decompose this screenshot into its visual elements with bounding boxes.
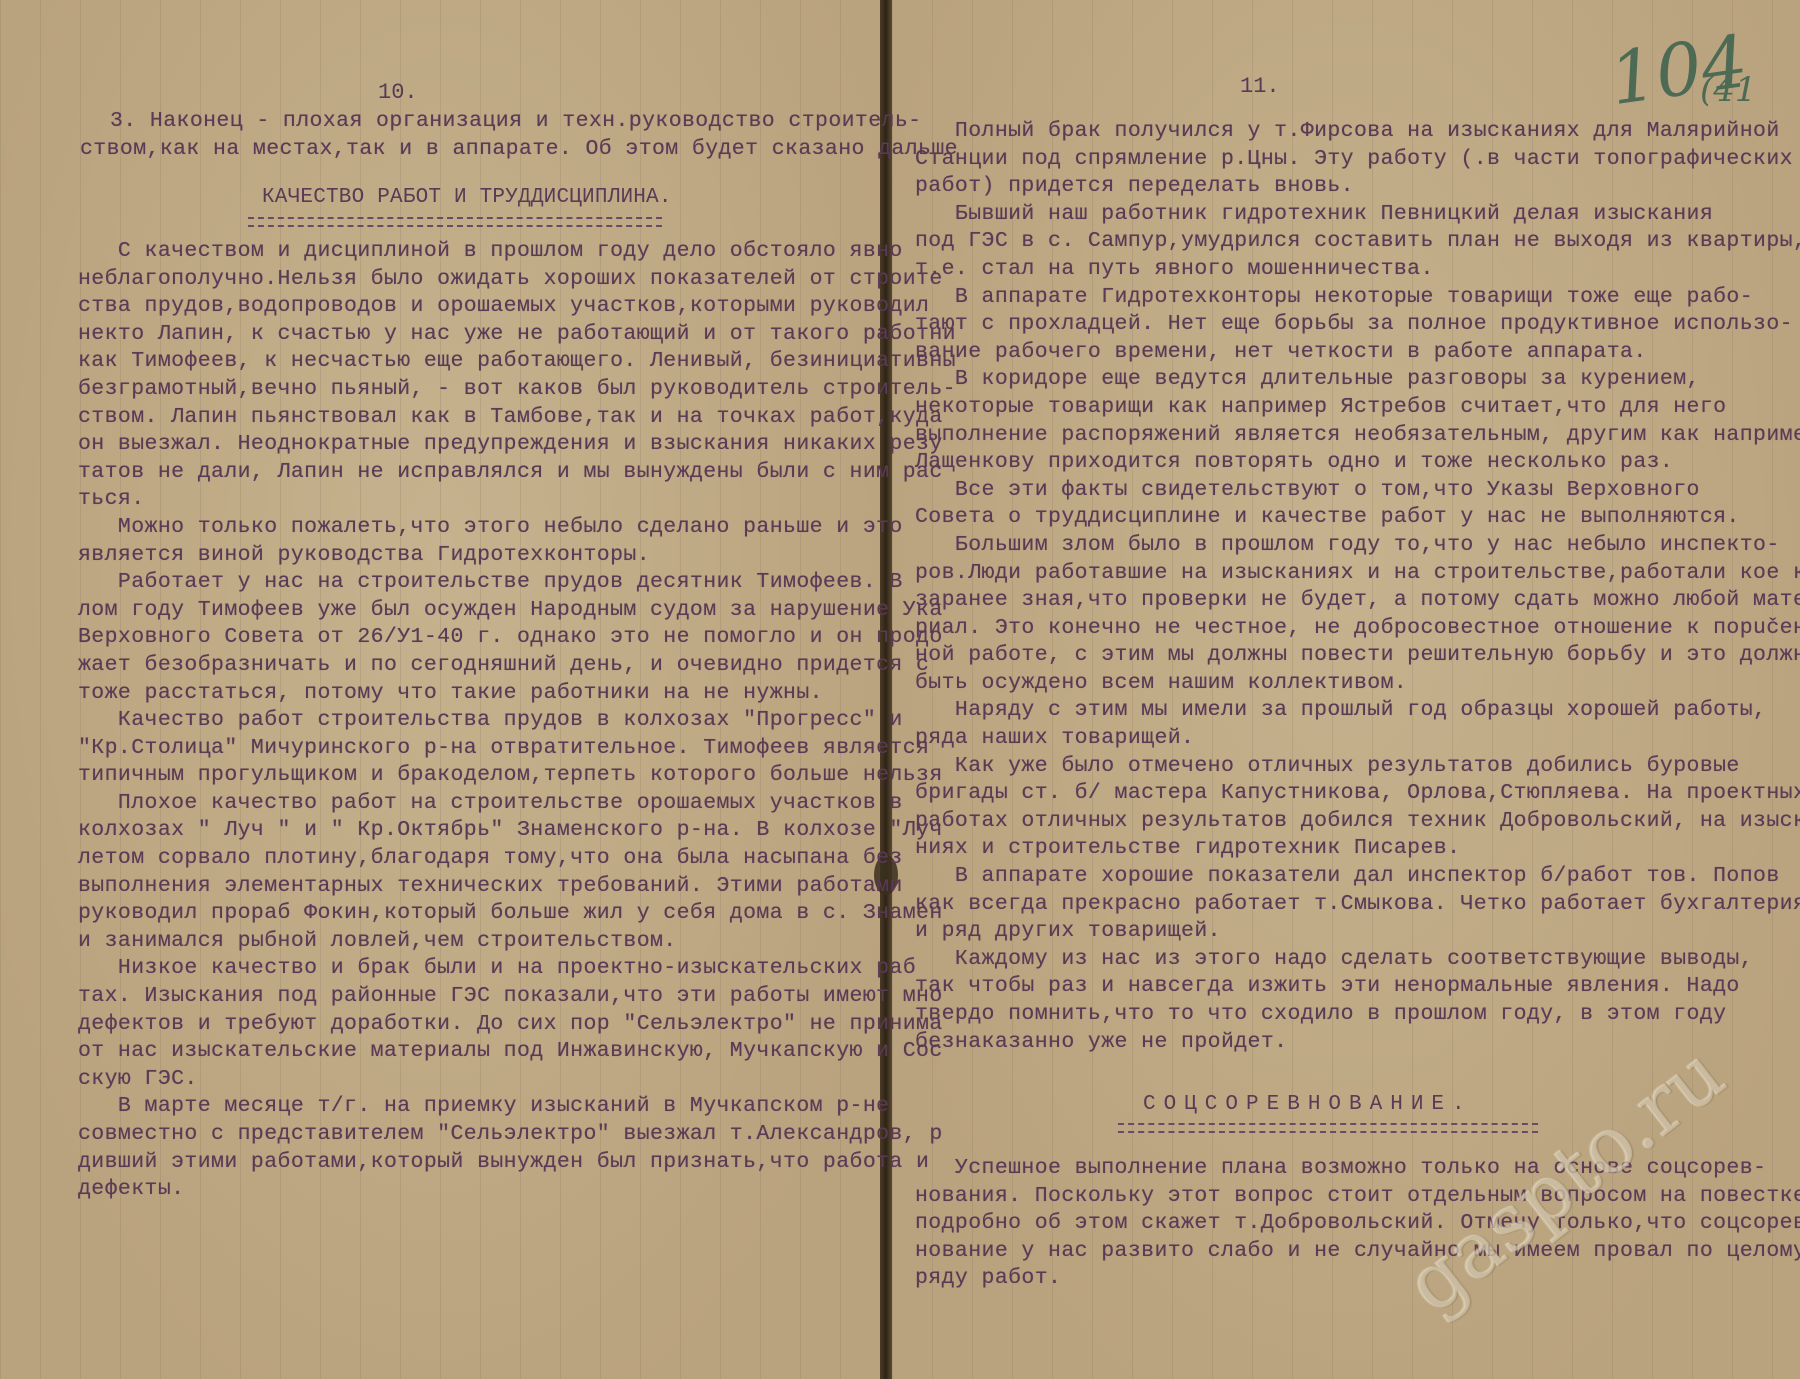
text-line: ниях и строительстве гидротехник Писарев…	[915, 835, 1800, 863]
text-line: он выезжал. Неоднократные предупреждения…	[78, 431, 956, 459]
text-line: ряда наших товарищей.	[915, 725, 1800, 753]
text-line: дефекты.	[78, 1176, 956, 1204]
text-line: вание рабочего времени, нет четкости в р…	[915, 339, 1800, 367]
text-line: скую ГЭС.	[78, 1066, 956, 1094]
text-line: как Тимофеев, к несчастью еще работающег…	[78, 348, 956, 376]
text-line: ства прудов,водопроводов и орошаемых уча…	[78, 293, 956, 321]
text-line: неблагополучно.Нельзя было ожидать хорош…	[78, 266, 956, 294]
text-line: колхозах " Луч " и " Кр.Октябрь" Знаменс…	[78, 817, 956, 845]
text-line: Все эти факты свидетельствуют о том,что …	[915, 477, 1800, 505]
text-line: бригады ст. б/ мастера Капустникова, Орл…	[915, 780, 1800, 808]
page-number-right: 11.	[1240, 74, 1280, 99]
text-line: безграмотный,вечно пьяный, - вот каков б…	[78, 376, 956, 404]
text-line: некто Лапин, к счастью у нас уже не рабо…	[78, 321, 956, 349]
text-line: руководил прораб Фокин,который больше жи…	[78, 900, 956, 928]
text-line: летом сорвало плотину,благодаря тому,что…	[78, 845, 956, 873]
text-line: Совета о труддисциплине и качестве работ…	[915, 504, 1800, 532]
text-line: некоторые товарищи как например Ястребов…	[915, 394, 1800, 422]
section-heading-competition: СОЦСОРЕВНОВАНИЕ.	[1143, 1093, 1473, 1116]
text-line: Качество работ строительства прудов в ко…	[78, 707, 956, 735]
text-line: Успешное выполнение плана возможно тольк…	[915, 1155, 1800, 1183]
text-line: В марте месяце т/г. на приемку изысканий…	[78, 1093, 956, 1121]
left-body-text: С качеством и дисциплиной в прошлом году…	[78, 238, 956, 1204]
left-intro-paragraph: 3. Наконец - плохая организация и техн.р…	[110, 108, 958, 163]
text-line: тах. Изыскания под районные ГЭС показали…	[78, 983, 956, 1011]
text-line: ться.	[78, 486, 956, 514]
text-line: как всегда прекрасно работает т.Смыкова.…	[915, 891, 1800, 919]
text-line: дефектов и требуют доработки. До сих пор…	[78, 1011, 956, 1039]
text-line: типичным прогульщиком и бракоделом,терпе…	[78, 762, 956, 790]
text-line: "Кр.Столица" Мичуринского р-на отвратите…	[78, 735, 956, 763]
text-line: Верховного Совета от 26/У1-40 г. однако …	[78, 624, 956, 652]
text-line: Низкое качество и брак были и на проектн…	[78, 955, 956, 983]
page-number-left: 10.	[378, 80, 418, 105]
text-line: жает безобразничать и по сегодняшний ден…	[78, 652, 956, 680]
text-line: дивший этими работами,который вынужден б…	[78, 1149, 956, 1177]
text-line: нование у нас развито слабо и не случайн…	[915, 1238, 1800, 1266]
text-line: под ГЭС в с. Сампур,умудрился составить …	[915, 228, 1800, 256]
text-line: работах отличных результатов добился тех…	[915, 808, 1800, 836]
text-line: подробно об этом скажет т.Добровольский.…	[915, 1210, 1800, 1238]
text-line: ров.Люди работавшие на изысканиях и на с…	[915, 560, 1800, 588]
text-line: совместно с представителем "Сельэлектро"…	[78, 1121, 956, 1149]
text-line: заранее зная,что проверки не будет, а по…	[915, 587, 1800, 615]
text-line: твердо помнить,что то что сходило в прош…	[915, 1001, 1800, 1029]
text-line: Работает у нас на строительстве прудов д…	[78, 569, 956, 597]
text-line: ством,как на местах,так и в аппарате. Об…	[80, 136, 958, 164]
text-line: Большим злом было в прошлом году то,что …	[915, 532, 1800, 560]
text-line: Можно только пожалеть,что этого небыло с…	[78, 514, 956, 542]
text-line: В аппарате Гидротехконторы некоторые тов…	[915, 284, 1800, 312]
text-line: ством. Лапин пьянствовал как в Тамбове,т…	[78, 404, 956, 432]
text-line: т.е. стал на путь явного мошенничества.	[915, 256, 1800, 284]
text-line: тоже расстаться, потому что такие работн…	[78, 680, 956, 708]
text-line: и занимался рыбной ловлей,чем строительс…	[78, 928, 956, 956]
text-line: ной работе, с этим мы должны повести реш…	[915, 642, 1800, 670]
text-line: быть осуждено всем нашим коллективом.	[915, 670, 1800, 698]
text-line: выполнения элементарных технических треб…	[78, 873, 956, 901]
right-body-text: Полный брак получился у т.Фирсова на изы…	[915, 118, 1800, 1056]
text-line: Как уже было отмечено отличных результат…	[915, 753, 1800, 781]
text-line: С качеством и дисциплиной в прошлом году…	[78, 238, 956, 266]
text-line: ряду работ.	[915, 1265, 1800, 1293]
text-line: татов не дали, Лапин не исправлялся и мы…	[78, 459, 956, 487]
text-line: от нас изыскательские материалы под Инжа…	[78, 1038, 956, 1066]
heading-underline	[1118, 1123, 1538, 1133]
text-line: Каждому из нас из этого надо сделать соо…	[915, 946, 1800, 974]
text-line: лом году Тимофеев уже был осужден Народн…	[78, 597, 956, 625]
heading-underline	[248, 217, 662, 227]
handwritten-folio-subnumber: (41	[1700, 70, 1757, 110]
competition-section-text: Успешное выполнение плана возможно тольк…	[915, 1155, 1800, 1293]
text-line: тают с прохладцей. Нет еще борьбы за пол…	[915, 311, 1800, 339]
text-line: нования. Поскольку этот вопрос стоит отд…	[915, 1183, 1800, 1211]
text-line: так чтобы раз и навсегда изжить эти нено…	[915, 973, 1800, 1001]
document-spread: 10. 3. Наконец - плохая организация и те…	[0, 0, 1800, 1379]
text-line: Станции под спрямление р.Цны. Эту работу…	[915, 146, 1800, 174]
text-line: Наряду с этим мы имели за прошлый год об…	[915, 697, 1800, 725]
text-line: В коридоре еще ведутся длительные разгов…	[915, 366, 1800, 394]
text-line: является виной руководства Гидротехконто…	[78, 542, 956, 570]
text-line: Плохое качество работ на строительстве о…	[78, 790, 956, 818]
text-line: Полный брак получился у т.Фирсова на изы…	[915, 118, 1800, 146]
text-line: 3. Наконец - плохая организация и техн.р…	[110, 108, 958, 136]
text-line: В аппарате хорошие показатели дал инспек…	[915, 863, 1800, 891]
text-line: работ) придется переделать вновь.	[915, 173, 1800, 201]
section-heading-quality: КАЧЕСТВО РАБОТ И ТРУДДИСЦИПЛИНА.	[262, 186, 672, 209]
text-line: Бывший наш работник гидротехник Певницки…	[915, 201, 1800, 229]
text-line: выполнение распоряжений является необяза…	[915, 422, 1800, 450]
text-line: риал. Это конечно не честное, не добросо…	[915, 615, 1800, 643]
text-line: Лащенкову приходится повторять одно и то…	[915, 449, 1800, 477]
text-line: и ряд других товарищей.	[915, 918, 1800, 946]
